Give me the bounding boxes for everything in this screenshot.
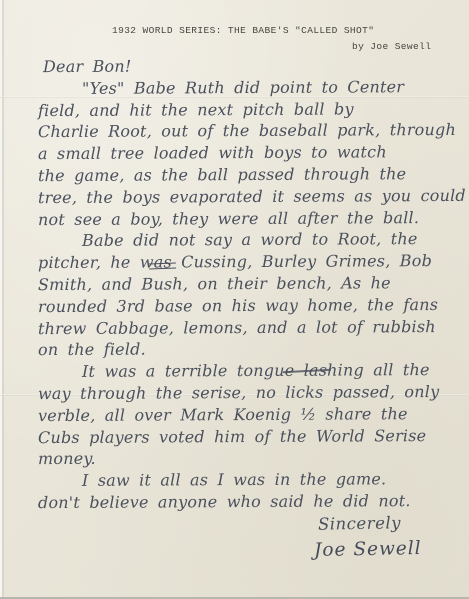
handwritten-line: the game, as the ball passed through the bbox=[38, 164, 462, 188]
handwritten-line: Smith, and Bush, on their bench, As he bbox=[38, 273, 462, 297]
handwritten-line: verble, all over Mark Koenig ½ share the bbox=[38, 404, 462, 428]
handwritten-line: "Yes" Babe Ruth did point to Center bbox=[38, 77, 462, 101]
letter-body: Dear Bon! "Yes" Babe Ruth did point to C… bbox=[38, 56, 462, 514]
handwritten-line: a small tree loaded with boys to watch bbox=[38, 142, 462, 166]
handwritten-line: not see a boy, they were all after the b… bbox=[38, 207, 462, 231]
handwritten-line: threw Cabbage, lemons, and a lot of rubb… bbox=[38, 316, 462, 340]
byline: by Joe Sewell bbox=[352, 41, 431, 52]
handwritten-line: I saw it all as I was in the game. bbox=[38, 469, 462, 493]
handwritten-line: pitcher, he was Cussing, Burley Grimes, … bbox=[38, 251, 462, 275]
handwritten-line: Charlie Root, out of the baseball park, … bbox=[38, 120, 462, 144]
handwritten-line: field, and hit the next pitch ball by bbox=[38, 98, 462, 122]
handwritten-line: rounded 3rd base on his way home, the fa… bbox=[38, 295, 462, 319]
handwritten-line: Cubs players voted him of the World Seri… bbox=[38, 425, 462, 449]
handwritten-line: money. bbox=[38, 447, 462, 471]
handwritten-line: on the field. bbox=[38, 338, 462, 362]
handwritten-line: Babe did not say a word to Root, the bbox=[38, 229, 462, 253]
salutation-line: Dear Bon! bbox=[38, 55, 462, 79]
cussing-double-underline bbox=[149, 263, 176, 270]
handwritten-line: tree, the boys evaporated it seems as yo… bbox=[38, 186, 462, 210]
document-title: 1932 WORLD SERIES: THE BABE'S "CALLED SH… bbox=[112, 25, 374, 36]
handwritten-line: It was a terrible tongue lashing all the bbox=[38, 360, 462, 384]
valediction: Sincerely bbox=[318, 513, 401, 533]
signature: Joe Sewell bbox=[314, 538, 422, 561]
handwritten-line: way through the serise, no licks passed,… bbox=[38, 382, 462, 406]
handwritten-line: don't believe anyone who said he did not… bbox=[38, 491, 462, 515]
